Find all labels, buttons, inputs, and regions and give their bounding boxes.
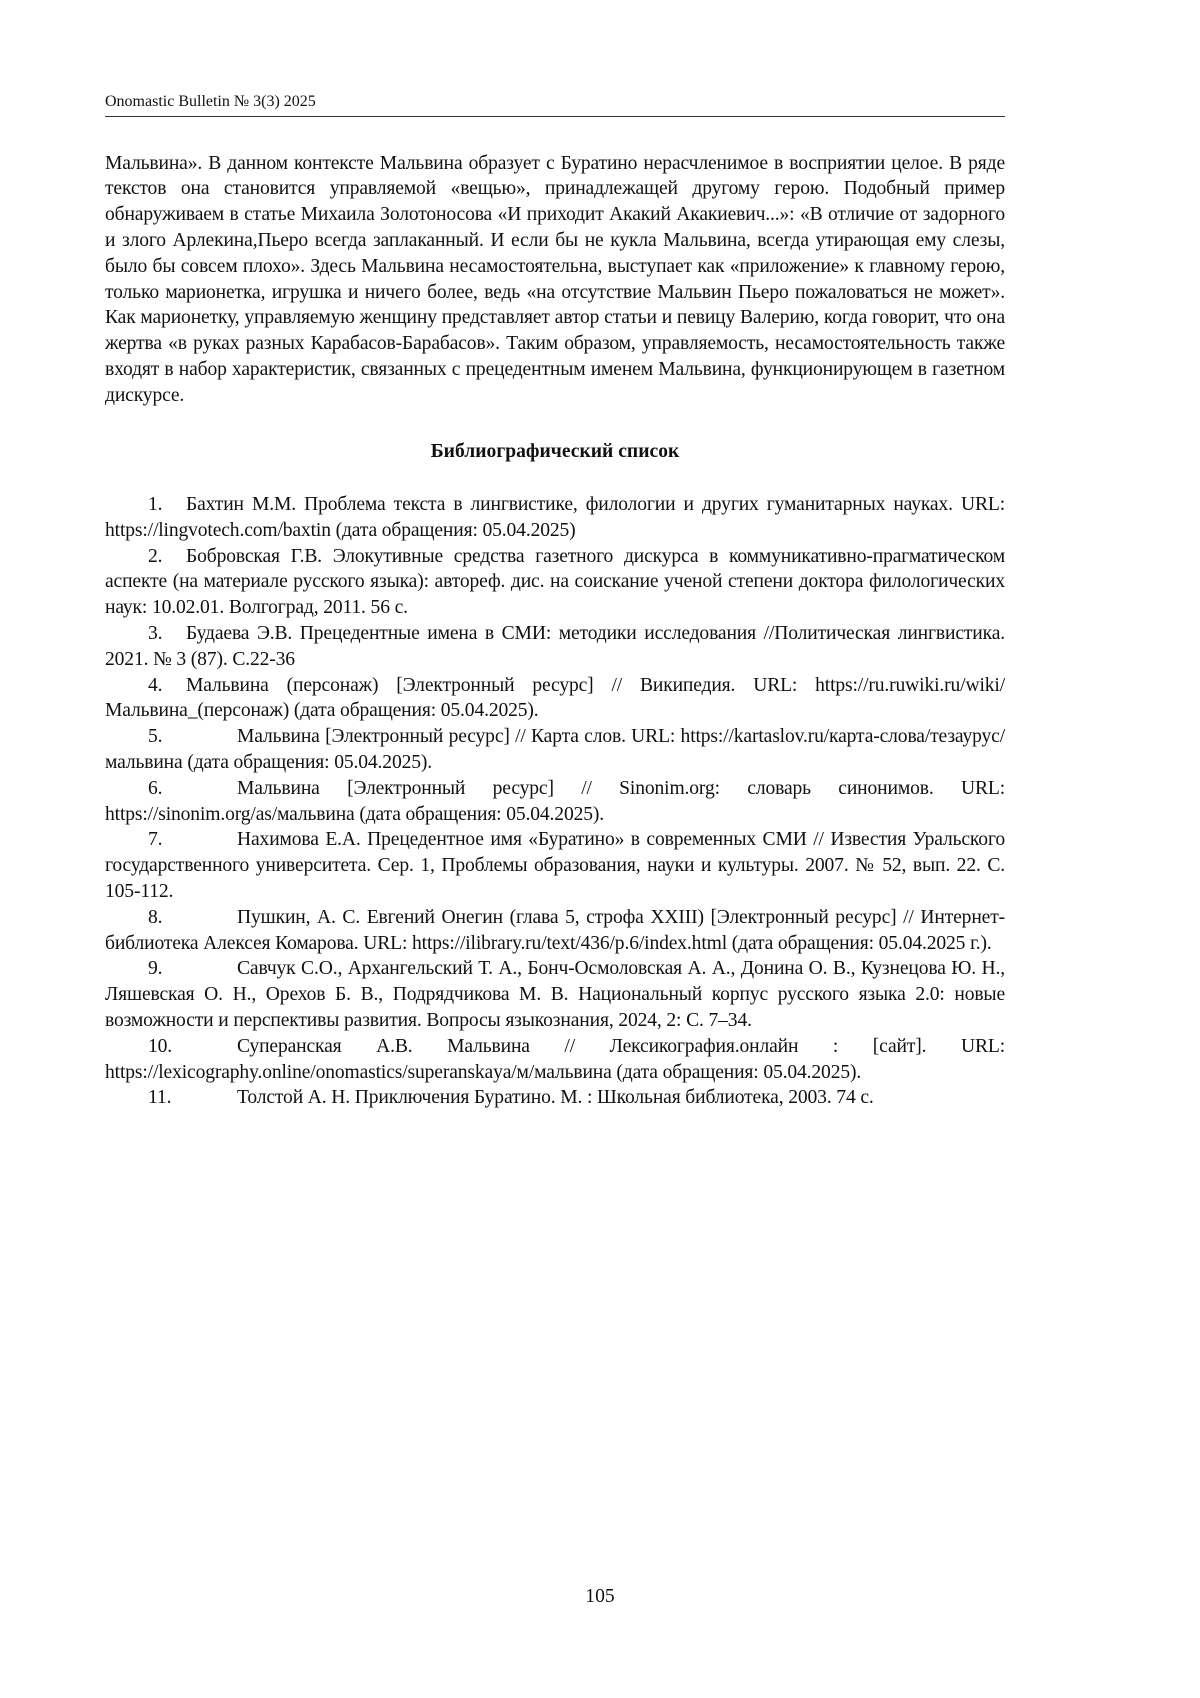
journal-title: Onomastic Bulletin № 3(3) 2025 — [105, 93, 316, 110]
bibliography-item: 4.Мальвина (персонаж) [Электронный ресур… — [105, 673, 1005, 725]
item-number: 2. — [148, 544, 186, 570]
item-number: 4. — [148, 673, 186, 699]
item-number: 7. — [148, 827, 237, 853]
item-text: Мальвина (персонаж) [Электронный ресурс]… — [105, 675, 1005, 722]
item-number: 6. — [148, 776, 237, 802]
item-text: Будаева Э.В. Прецедентные имена в СМИ: м… — [105, 623, 1005, 670]
item-number: 8. — [148, 905, 237, 931]
bibliography-item: 9.Савчук С.О., Архангельский Т. А., Бонч… — [105, 956, 1005, 1033]
page-number: 105 — [0, 1586, 1200, 1608]
body-paragraph: Мальвина». В данном контексте Мальвина о… — [105, 151, 1005, 409]
bibliography-item: 1.Бахтин М.М. Проблема текста в лингвист… — [105, 492, 1005, 544]
running-header: Onomastic Bulletin № 3(3) 2025 — [105, 92, 1005, 117]
item-text: Толстой А. Н. Приключения Буратино. М. :… — [237, 1087, 874, 1108]
bibliography-item: 6.Мальвина [Электронный ресурс] // Sinon… — [105, 776, 1005, 828]
bibliography-list: 1.Бахтин М.М. Проблема текста в лингвист… — [105, 492, 1005, 1111]
item-text: Мальвина [Электронный ресурс] // Карта с… — [105, 726, 1005, 773]
item-text: Савчук С.О., Архангельский Т. А., Бонч-О… — [105, 958, 1005, 1031]
item-text: Бахтин М.М. Проблема текста в лингвистик… — [105, 494, 1005, 541]
item-number: 5. — [148, 724, 237, 750]
item-number: 3. — [148, 621, 186, 647]
item-number: 11. — [148, 1085, 237, 1111]
bibliography-item: 5.Мальвина [Электронный ресурс] // Карта… — [105, 724, 1005, 776]
bibliography-item: 2.Бобровская Г.В. Элокутивные средства г… — [105, 544, 1005, 621]
item-text: Суперанская А.В. Мальвина // Лексикограф… — [105, 1036, 1005, 1083]
item-number: 1. — [148, 492, 186, 518]
bibliography-item: 10.Суперанская А.В. Мальвина // Лексиког… — [105, 1034, 1005, 1086]
bibliography-heading: Библиографический список — [105, 440, 1005, 464]
item-text: Бобровская Г.В. Элокутивные средства газ… — [105, 546, 1005, 619]
bibliography-item: 8.Пушкин, А. С. Евгений Онегин (глава 5,… — [105, 905, 1005, 957]
bibliography-item: 3.Будаева Э.В. Прецедентные имена в СМИ:… — [105, 621, 1005, 673]
item-number: 10. — [148, 1034, 237, 1060]
item-text: Пушкин, А. С. Евгений Онегин (глава 5, с… — [105, 907, 1005, 954]
item-number: 9. — [148, 956, 237, 982]
bibliography-item: 7.Нахимова Е.А. Прецедентное имя «Бурати… — [105, 827, 1005, 904]
item-text: Нахимова Е.А. Прецедентное имя «Буратино… — [105, 829, 1005, 902]
item-text: Мальвина [Электронный ресурс] // Sinonim… — [105, 778, 1005, 825]
bibliography-item: 11.Толстой А. Н. Приключения Буратино. М… — [105, 1085, 1005, 1111]
